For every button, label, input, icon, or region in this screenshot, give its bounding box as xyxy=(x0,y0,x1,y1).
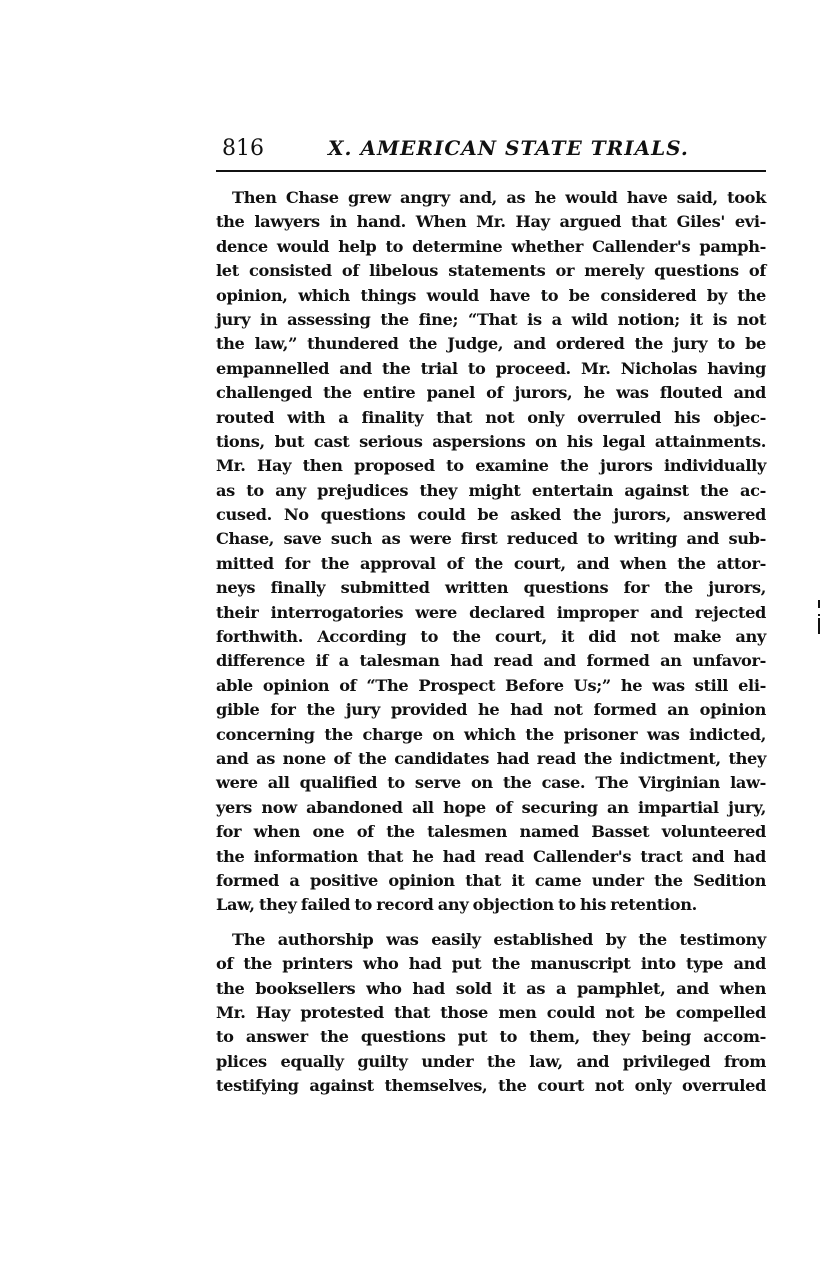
text-line: routed with a finality that not only ove… xyxy=(216,406,766,430)
paragraph-gap xyxy=(216,918,766,928)
text-line: of the printers who had put the manuscri… xyxy=(216,952,766,976)
paragraph-2: The authorship was easily established by… xyxy=(216,928,766,1099)
text-line: gible for the jury provided he had not f… xyxy=(216,698,766,722)
text-line: as to any prejudices they might entertai… xyxy=(216,479,766,503)
text-line: Mr. Hay protested that those men could n… xyxy=(216,1001,766,1025)
text-line: the lawyers in hand. When Mr. Hay argued… xyxy=(216,210,766,234)
text-line: and as none of the candidates had read t… xyxy=(216,747,766,771)
running-header: 816 X. AMERICAN STATE TRIALS. xyxy=(216,134,768,168)
text-line: were all qualified to serve on the case.… xyxy=(216,771,766,795)
running-title: X. AMERICAN STATE TRIALS. xyxy=(328,136,689,160)
text-line: formed a positive opinion that it came u… xyxy=(216,869,766,893)
text-line: yers now abandoned all hope of securing … xyxy=(216,796,766,820)
text-line: Mr. Hay then proposed to examine the jur… xyxy=(216,454,766,478)
text-line: dence would help to determine whether Ca… xyxy=(216,235,766,259)
text-line: neys finally submitted written questions… xyxy=(216,576,766,600)
text-line: concerning the charge on which the priso… xyxy=(216,723,766,747)
text-line: difference if a talesman had read and fo… xyxy=(216,649,766,673)
text-line: cused. No questions could be asked the j… xyxy=(216,503,766,527)
text-line: opinion, which things would have to be c… xyxy=(216,284,766,308)
text-line: to answer the questions put to them, the… xyxy=(216,1025,766,1049)
text-line: the booksellers who had sold it as a pam… xyxy=(216,977,766,1001)
book-page: 816 X. AMERICAN STATE TRIALS. Then Chase… xyxy=(0,0,836,1284)
text-line: forthwith. According to the court, it di… xyxy=(216,625,766,649)
text-line: empannelled and the trial to proceed. Mr… xyxy=(216,357,766,381)
scan-margin-mark xyxy=(818,614,820,616)
scan-margin-mark xyxy=(818,618,820,634)
text-line: Then Chase grew angry and, as he would h… xyxy=(216,186,766,210)
text-line: Law, they failed to record any objection… xyxy=(216,893,766,917)
text-line: mitted for the approval of the court, an… xyxy=(216,552,766,576)
text-line: The authorship was easily established by… xyxy=(216,928,766,952)
text-line: able opinion of “The Prospect Before Us;… xyxy=(216,674,766,698)
text-line: tions, but cast serious aspersions on hi… xyxy=(216,430,766,454)
text-line: challenged the entire panel of jurors, h… xyxy=(216,381,766,405)
text-line: the information that he had read Callend… xyxy=(216,845,766,869)
scan-margin-mark xyxy=(818,600,820,608)
text-line: jury in assessing the fine; “That is a w… xyxy=(216,308,766,332)
text-line: testifying against themselves, the court… xyxy=(216,1074,766,1098)
paragraph-1: Then Chase grew angry and, as he would h… xyxy=(216,186,766,918)
text-line: plices equally guilty under the law, and… xyxy=(216,1050,766,1074)
body-text: Then Chase grew angry and, as he would h… xyxy=(216,186,766,1098)
page-number: 816 xyxy=(222,136,264,161)
text-line: the law,” thundered the Judge, and order… xyxy=(216,332,766,356)
text-line: Chase, save such as were first reduced t… xyxy=(216,527,766,551)
text-line: for when one of the talesmen named Basse… xyxy=(216,820,766,844)
text-line: let consisted of libelous statements or … xyxy=(216,259,766,283)
text-line: their interrogatories were declared impr… xyxy=(216,601,766,625)
header-rule xyxy=(216,170,766,172)
